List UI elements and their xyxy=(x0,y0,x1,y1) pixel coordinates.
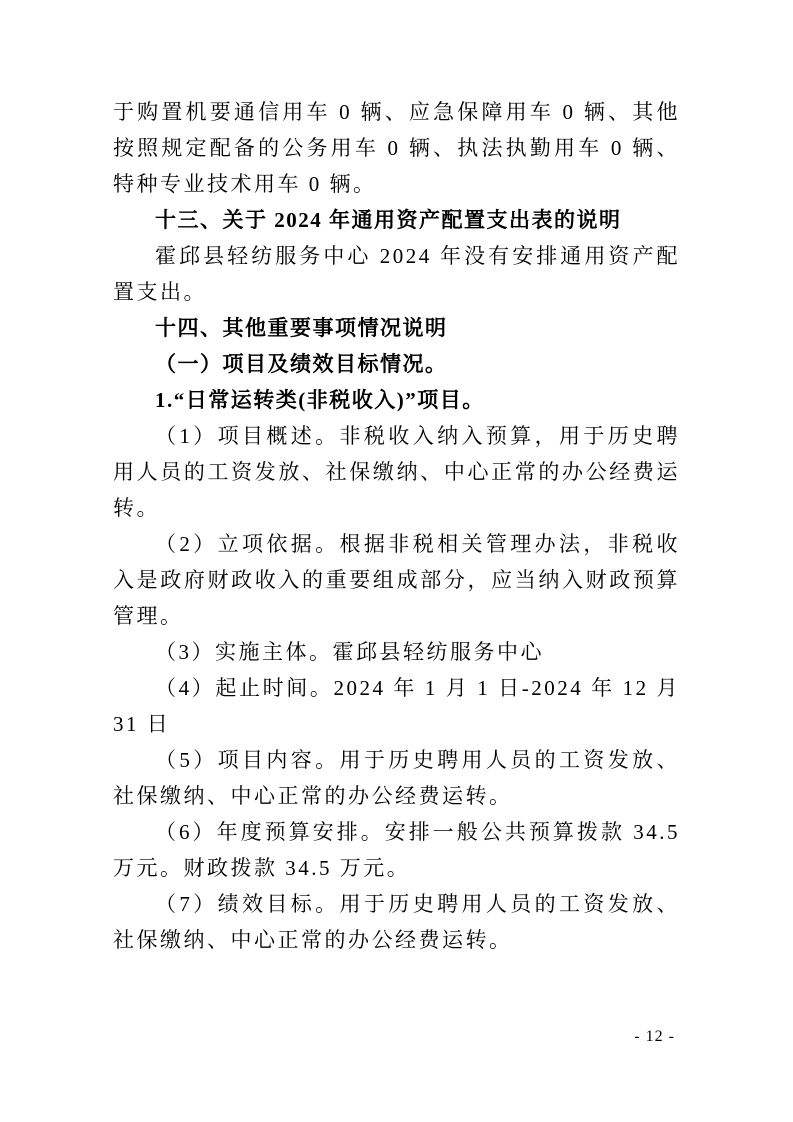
document-page: 于购置机要通信用车 0 辆、应急保障用车 0 辆、其他按照规定配备的公务用车 0… xyxy=(0,0,793,1122)
paragraph-item-4-period: （4）起止时间。2024 年 1 月 1 日-2024 年 12 月 31 日 xyxy=(113,670,680,742)
paragraph-vehicle-continuation: 于购置机要通信用车 0 辆、应急保障用车 0 辆、其他按照规定配备的公务用车 0… xyxy=(113,94,680,202)
heading-project-1: 1.“日常运转类(非税收入)”项目。 xyxy=(113,382,680,418)
paragraph-item-2-basis: （2）立项依据。根据非税相关管理办法，非税收入是政府财政收入的重要组成部分，应当… xyxy=(113,526,680,634)
heading-section-13: 十三、关于 2024 年通用资产配置支出表的说明 xyxy=(113,202,680,238)
paragraph-item-3-entity: （3）实施主体。霍邱县轻纺服务中心 xyxy=(113,634,680,670)
heading-section-14: 十四、其他重要事项情况说明 xyxy=(113,310,680,346)
paragraph-item-1-overview: （1）项目概述。非税收入纳入预算，用于历史聘用人员的工资发放、社保缴纳、中心正常… xyxy=(113,418,680,526)
document-body: 于购置机要通信用车 0 辆、应急保障用车 0 辆、其他按照规定配备的公务用车 0… xyxy=(113,94,680,958)
paragraph-item-5-content: （5）项目内容。用于历史聘用人员的工资发放、社保缴纳、中心正常的办公经费运转。 xyxy=(113,742,680,814)
paragraph-section-13-body: 霍邱县轻纺服务中心 2024 年没有安排通用资产配置支出。 xyxy=(113,238,680,310)
page-number: - 12 - xyxy=(634,1028,675,1046)
paragraph-item-6-budget: （6）年度预算安排。安排一般公共预算拨款 34.5 万元。财政拨款 34.5 万… xyxy=(113,814,680,886)
heading-subsection-one: （一）项目及绩效目标情况。 xyxy=(113,346,680,382)
paragraph-item-7-performance: （7）绩效目标。用于历史聘用人员的工资发放、社保缴纳、中心正常的办公经费运转。 xyxy=(113,886,680,958)
